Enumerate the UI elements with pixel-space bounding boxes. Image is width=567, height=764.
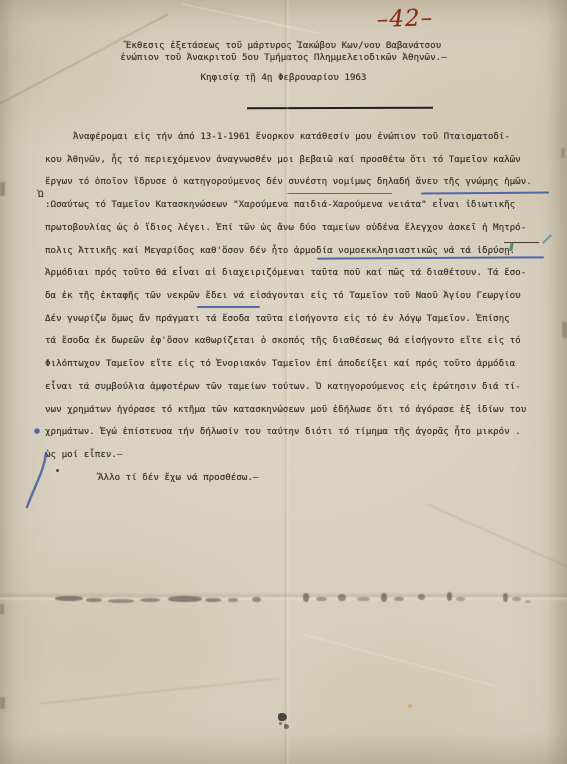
handwritten-page-number: –42–	[350, 4, 461, 34]
ink-underline	[197, 306, 260, 308]
typed-line: Ἁρμόδιαι πρός τοῦτο θά εἶναι αἱ διαχειρι…	[45, 262, 545, 285]
typed-line: πρωτοβουλίας ὡς ὁ ἴδιος λέγει. Ἐπί τῶν ὡ…	[45, 217, 545, 240]
paper-crease	[427, 503, 567, 578]
paper-crease	[41, 677, 280, 704]
ink-underline	[287, 193, 392, 195]
typed-divider-rule	[247, 107, 433, 110]
typed-correction-char: Ὡ	[38, 189, 44, 200]
edge-nick	[562, 322, 567, 338]
typed-line: νων χρημάτων ἠγόρασε τό κτῆμα τῶν κατασκ…	[45, 399, 545, 422]
edge-nick	[561, 148, 565, 158]
stray-ink-dot	[56, 469, 59, 472]
typed-line: τά ἔσοδα ἐκ δωρεῶν ἐφ'ὅσον καθωρίζεται ὁ…	[45, 330, 545, 353]
typed-line: εἶναι τά συμβούλια ἀμφοτέρων τῶν ταμείων…	[45, 376, 545, 399]
typed-line: χρημάτων. Ἐγώ ἐπίστευσα τήν δήλωσίν του …	[45, 421, 545, 444]
vertical-fold-crease	[284, 0, 289, 764]
paper-crease	[181, 3, 318, 33]
typed-line: κου Ἀθηνῶν, ἧς τό περιεχόμενον ἀναγνωσθέ…	[45, 149, 545, 172]
typed-line: ὡς μοί εἶπεν.—	[45, 444, 545, 467]
typed-line: Φιλόπτωχον Ταμεῖον εἴτε εἰς τό Ἐνοριακόν…	[45, 353, 545, 376]
margin-ink-mark	[22, 423, 56, 515]
typed-line: Ἀναφέρομαι εἰς τήν ἀπό 13-1-1961 ἔνορκον…	[45, 126, 545, 149]
paper-speck	[408, 704, 412, 708]
typed-line: δα ἐκ τῆς ἐκταφῆς τῶν νεκρῶν ἔδει νά εἰσ…	[45, 285, 545, 308]
typed-closing-line: Ἄλλο τί δέν ἔχω νά προσθέσω.—	[45, 467, 545, 490]
paper-speck	[250, 206, 253, 209]
paper-crease	[303, 634, 496, 687]
edge-nick	[0, 697, 5, 709]
typed-line: Δέν γνωρίζω ὅμως ἄν πράγματι τά ἔσοδα τα…	[45, 308, 545, 331]
deposition-body: Ἀναφέρομαι εἰς τήν ἀπό 13-1-1961 ἔνορκον…	[45, 126, 545, 490]
typed-line: πολις Ἀττικῆς καί Μεγαρίδος καθ'ὅσον δέν…	[45, 240, 545, 263]
typed-underline	[504, 242, 539, 244]
typed-line: :Ωσαύτως τό Ταμεῖον Κατασκηνώσεων "Χαρού…	[45, 194, 545, 217]
edge-nick	[0, 604, 4, 614]
edge-nick	[0, 182, 5, 196]
typed-line: ἔργων τό ὁποῖον ἵδρυσε ὁ κατηγορούμενος …	[45, 171, 545, 194]
scanned-document-page: –42– Ἔκθεσις ἐξετάσεως τοῦ μάρτυρος Ἰακώ…	[0, 0, 567, 764]
